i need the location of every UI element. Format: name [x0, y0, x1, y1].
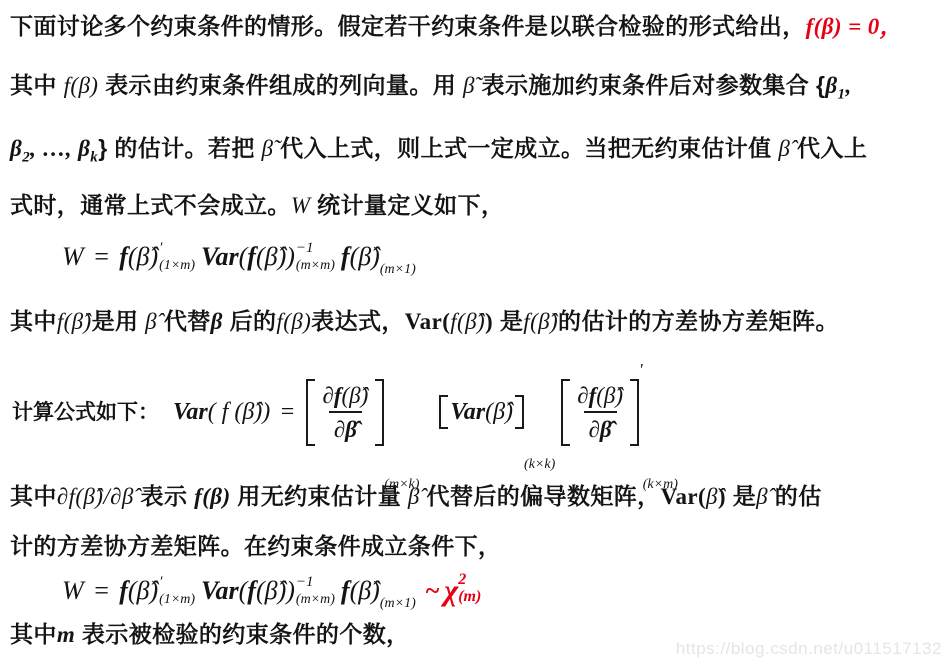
chi-square-distribution: ~ χ 2(m)	[426, 574, 482, 608]
chi-sup-sub: 2(m)	[458, 572, 481, 606]
dimension-subscript: (k×k)	[524, 458, 555, 472]
chi-symbol: χ	[444, 576, 458, 606]
equals-sign: =	[93, 578, 111, 604]
text-run: 是	[726, 483, 756, 509]
text-run: 用无约束估计量	[231, 483, 408, 509]
text-line-6: 其中∂f(β̂)/∂β̂ 表示 f(β) 用无约束估计量 β̂ 代替后的偏导数矩…	[10, 482, 822, 512]
f-beta-hat-term: f(β̂) (m×1)	[341, 244, 420, 270]
comma: ,	[845, 73, 851, 98]
w-symbol: W	[62, 578, 84, 604]
text-run: 是	[493, 308, 523, 334]
math-run: f(β)	[64, 73, 99, 98]
equals-sign: =	[93, 244, 111, 270]
var-argument: ( f (β̂))	[208, 400, 271, 424]
beta-hat: β̂	[145, 309, 157, 334]
text-line-2: 其中 f(β) 表示由约束条件组成的列向量。用 β̃ 表示施加约束条件后对参数集…	[10, 71, 852, 105]
beta-subscript: k	[90, 150, 98, 166]
formula-label: 计算公式如下：	[12, 402, 159, 423]
sup-sub-stack: −1(m×m)	[296, 574, 335, 607]
text-run: 式时，通常上式不会成立。	[10, 192, 291, 218]
beta-symbol: β	[211, 309, 223, 334]
text-run: 其中	[10, 483, 57, 509]
text-run: 代替后的偏导数矩阵，	[420, 483, 661, 509]
bracket-var-beta: Var(β̂)	[439, 395, 524, 429]
text-line-4: 式时，通常上式不会成立。W 统计量定义如下，	[10, 191, 504, 221]
text-run: 表示施加约束条件后对参数集合 {	[475, 72, 826, 98]
sup-sub-stack: ′(1×m)	[159, 574, 195, 607]
text-run: 是用	[92, 308, 146, 334]
text-run: 的估计。若把	[108, 135, 262, 161]
brace: }	[98, 135, 107, 161]
text-run: 表示	[134, 483, 194, 509]
math-run: f(β̂)	[57, 309, 92, 334]
transpose-prime: ′	[639, 361, 643, 378]
text-run: 其中	[10, 308, 57, 334]
bracket-jacobian-left: ∂f(β̂) ∂β̂	[306, 379, 384, 446]
text-run: 下面讨论多个约束条件的情形。假定若干约束条件是以联合检验的形式给出，	[10, 13, 806, 39]
var-label: Var	[173, 400, 208, 424]
watermark-url: https://blog.csdn.net/u011517132	[676, 639, 942, 659]
w-symbol: W	[62, 244, 84, 270]
ellipsis: , …,	[30, 136, 78, 161]
beta-symbol: β	[825, 73, 837, 98]
math-run: f(β̂)	[523, 309, 558, 334]
math-run: f(β)	[276, 309, 311, 334]
beta-tilde: β̃	[262, 136, 274, 161]
text-run: 统计量定义如下，	[310, 192, 504, 218]
text-run: 表示被检验的约束条件的个数，	[75, 621, 409, 647]
f-beta-hat-transpose-term: f(β̂) ′(1×m)	[119, 240, 201, 273]
partial-derivative-fraction: ∂f(β̂) ∂β̂	[572, 384, 628, 441]
beta-hat: β̂	[778, 136, 790, 161]
w-symbol: W	[291, 193, 311, 218]
text-run: 后的	[223, 308, 277, 334]
beta-symbol: β	[78, 136, 90, 161]
beta-symbol: β	[10, 136, 22, 161]
var-label: Var(	[661, 484, 706, 509]
paren: )	[485, 309, 493, 334]
beta-hat: β̂	[706, 484, 718, 509]
text-run: 的估	[768, 483, 822, 509]
equals-sign: =	[279, 400, 295, 424]
red-constraint-equation: f(β) = 0，	[806, 14, 903, 39]
partial-derivative-fraction: ∂f(β̂) ∂β̂	[317, 384, 373, 441]
text-line-5: 其中f(β̂)是用 β̂ 代替β 后的f(β)表达式，Var(f(β̂)) 是f…	[10, 307, 839, 337]
var-label: Var(	[405, 309, 450, 334]
text-run: 的估计的方差协方差矩阵。	[558, 308, 839, 334]
text-run: 表示由约束条件组成的列向量。用	[98, 72, 463, 98]
formula-wald-statistic: W = f(β̂) ′(1×m) Var(f(β̂)) −1(m×m) f(β̂…	[62, 231, 420, 283]
text-run: 表达式，	[311, 308, 405, 334]
beta-tilde: β̃	[463, 73, 475, 98]
m-symbol: m	[57, 622, 75, 647]
partial-derivative-run: ∂f(β̂)/∂β̂	[57, 484, 134, 509]
f-beta-hat-term: f(β̂) (m×1)	[341, 578, 420, 604]
text-run: 其中	[10, 72, 64, 98]
text-line-1: 下面讨论多个约束条件的情形。假定若干约束条件是以联合检验的形式给出，f(β) =…	[10, 12, 903, 42]
f-beta-hat-transpose-term: f(β̂) ′(1×m)	[119, 574, 201, 607]
text-run: 其中	[10, 621, 57, 647]
var-inverse-term: Var(f(β̂)) −1(m×m)	[201, 574, 341, 607]
paren: )	[718, 484, 726, 509]
formula-variance-computation: 计算公式如下： Var( f (β̂)) = ∂f(β̂) ∂β̂ (m×k) …	[12, 366, 682, 458]
text-line-3: β2, …, βk} 的估计。若把 β̃ 代入上式，则上式一定成立。当把无约束估…	[10, 134, 867, 168]
beta-hat: β̂	[408, 484, 420, 509]
text-line-7: 计的方差协方差矩阵。在约束条件成立条件下，	[10, 532, 501, 562]
text-run: 计的方差协方差矩阵。在约束条件成立条件下，	[10, 533, 501, 559]
text-run: 代入上式，则上式一定成立。当把无约束估计值	[273, 135, 778, 161]
var-inverse-term: Var(f(β̂)) −1(m×m)	[201, 240, 341, 273]
math-run: f(β)	[194, 484, 230, 509]
text-run: 代替	[157, 308, 211, 334]
text-run: 代入上	[790, 135, 867, 161]
sup-sub-stack: −1(m×m)	[296, 240, 335, 273]
text-line-8: 其中m 表示被检验的约束条件的个数，	[10, 620, 410, 650]
sup-sub-stack: ′(1×m)	[159, 240, 195, 273]
beta-hat: β̂	[756, 484, 768, 509]
bracket-jacobian-right: ∂f(β̂) ∂β̂	[561, 379, 639, 446]
formula-wald-distribution: W = f(β̂) ′(1×m) Var(f(β̂)) −1(m×m) f(β̂…	[62, 565, 481, 617]
beta-subscript: 2	[22, 150, 30, 166]
math-run: f(β̂)	[450, 309, 485, 334]
tilde-symbol: ~	[426, 578, 440, 604]
